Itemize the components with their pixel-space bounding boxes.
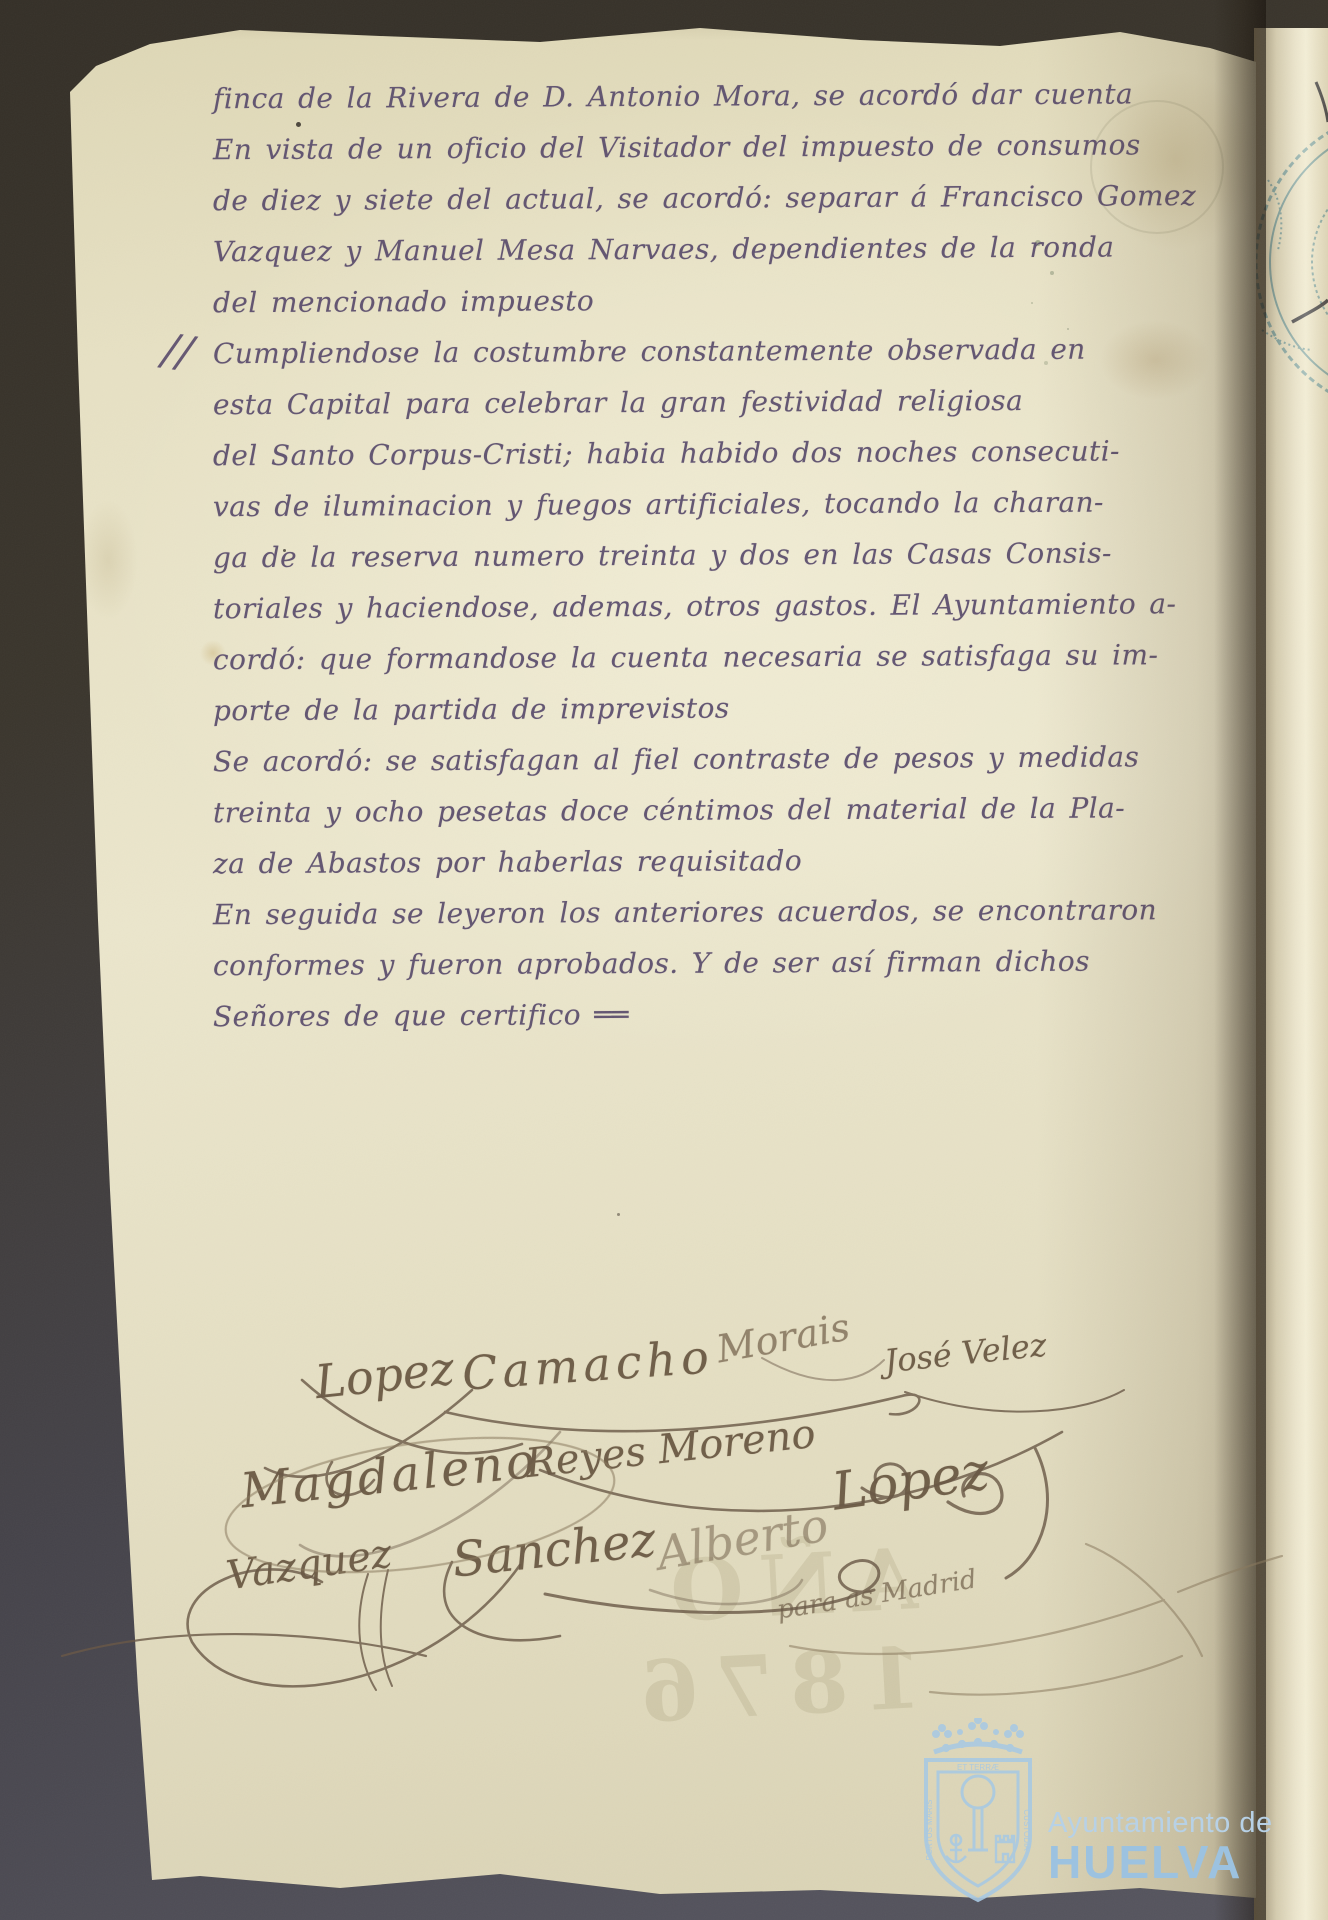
manuscript-line: del mencionado impuesto <box>213 282 1073 320</box>
signature: Lopez <box>829 1441 993 1522</box>
shield-motto-left: PORTUS MARIS <box>925 1800 934 1861</box>
manuscript-line: toriales y haciendose, ademas, otros gas… <box>213 588 1073 626</box>
signature: Morais <box>713 1305 853 1372</box>
signature: Magdaleno <box>238 1433 541 1520</box>
branding-wordmark: Ayuntamiento de HUELVA <box>1048 1808 1273 1887</box>
manuscript-line: porte de la partida de imprevistos <box>213 690 1073 728</box>
manuscript-line: En seguida se leyeron los anteriores acu… <box>213 894 1073 932</box>
signature: Lopez <box>313 1341 457 1409</box>
stain <box>1100 320 1210 400</box>
crown-points <box>932 1718 1024 1738</box>
manuscript-line: esta Capital para celebrar la gran festi… <box>213 384 1073 422</box>
shield-motto-top: ET TERRÆ <box>957 1763 999 1772</box>
archival-scan: { "page": { "margin_mark": "//", "lines"… <box>0 0 1328 1920</box>
manuscript-line: del Santo Corpus-Cristi; habia habido do… <box>213 435 1073 473</box>
manuscript-line: Cumpliendose la costumbre constantemente… <box>213 333 1073 371</box>
page-sheen <box>1254 28 1328 1920</box>
shield-motto-right: CUSTODIA <box>1022 1809 1031 1851</box>
manuscript-line: vas de iluminacion y fuegos artificiales… <box>213 486 1073 524</box>
huelva-coat-of-arms: ET TERRÆ PORTUS MARIS CUSTODIA <box>912 1718 1044 1908</box>
manuscript-page: AÑO 1876 finca de la Rivera de D. Antoni… <box>0 0 1328 1920</box>
manuscript-line: treinta y ocho pesetas doce céntimos del… <box>213 792 1073 830</box>
stamp-bleedthrough <box>1090 100 1224 234</box>
signature: José Velez <box>882 1326 1048 1381</box>
signature: Reyes Moreno <box>523 1411 817 1487</box>
branding-org-line: Ayuntamiento de <box>1048 1808 1273 1838</box>
stain <box>78 500 138 620</box>
manuscript-line: ga de la reserva numero treinta y dos en… <box>213 537 1073 575</box>
signature: Vazquez <box>224 1531 395 1600</box>
manuscript-line: za de Abastos por haberlas requisitado <box>213 843 1073 881</box>
manuscript-line: Señores de que certifico ══ <box>213 996 1073 1034</box>
dark-specks <box>296 122 301 127</box>
manuscript-line: conformes y fueron aprobados. Y de ser a… <box>213 945 1073 983</box>
manuscript-line: En vista de un oficio del Visitador del … <box>213 129 1073 167</box>
manuscript-line: cordó: que formandose la cuenta necesari… <box>213 639 1073 677</box>
manuscript-line: Vazquez y Manuel Mesa Narvaes, dependien… <box>213 231 1073 269</box>
manuscript-line: de diez y siete del actual, se acordó: s… <box>213 180 1073 218</box>
adjacent-page <box>1254 28 1328 1920</box>
manuscript-line: finca de la Rivera de D. Antonio Mora, s… <box>213 78 1073 116</box>
signature: Camacho <box>460 1329 715 1400</box>
manuscript-line: Se acordó: se satisfagan al fiel contras… <box>213 741 1073 779</box>
branding-city-name: HUELVA <box>1048 1838 1273 1886</box>
margin-paragraph-mark: // <box>160 324 196 379</box>
